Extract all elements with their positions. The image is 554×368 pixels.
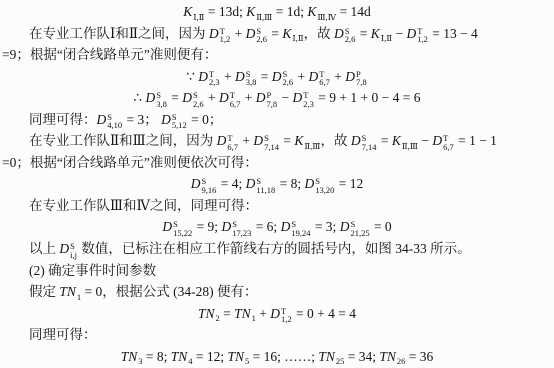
- text-run: = 0；: [188, 112, 223, 127]
- math-var: KⅢ,Ⅳ: [307, 4, 336, 19]
- text-line: =0；根据“闭合线路单元”准则便依次可得：: [2, 152, 552, 174]
- text-line: 同理可得：: [2, 324, 552, 346]
- math-var: DS9,16: [191, 176, 218, 191]
- math-var: DS2,6: [272, 69, 294, 84]
- text-run: +: [241, 90, 255, 105]
- math-var: DS13,20: [304, 176, 335, 191]
- math-var: KⅡ,Ⅲ: [392, 133, 418, 148]
- text-run: =: [257, 69, 271, 84]
- text-run: = 0，根据公式 (34-28) 便有：: [81, 284, 257, 299]
- formula-line: TN2 = TN1 + DT1,2 = 0 + 4 = 4: [2, 303, 552, 325]
- text-run: = 3;: [311, 219, 339, 234]
- text-run: = 36: [405, 349, 433, 364]
- text-run: = 6;: [252, 219, 280, 234]
- math-var: DS11,18: [246, 176, 277, 191]
- text-run: +: [205, 90, 219, 105]
- text-run: = 16; ……;: [249, 349, 318, 364]
- math-var: DT6,7: [217, 133, 239, 148]
- math-var: TN1: [59, 284, 81, 299]
- math-var: DS7,14: [253, 133, 280, 148]
- math-var: DS4,10: [97, 112, 124, 127]
- text-run: = 3；: [123, 112, 161, 127]
- text-run: = 1 − 1: [455, 133, 497, 148]
- formula-line: ∴ DS3,8 = DS2,6 + DT6,7 + DP7,8 − DT2,3 …: [2, 87, 552, 109]
- text-run: = 12;: [192, 349, 227, 364]
- text-run: 数值，已标注在相应工作箭线右方的圆括号内，如图 34-33 所示。: [78, 241, 471, 256]
- text-run: +: [239, 133, 253, 148]
- text-line: (2) 确定事件时间参数: [2, 260, 552, 282]
- text-line: 同理可得：DS4,10 = 3； DS5,12 = 0；: [2, 109, 552, 131]
- math-var: DS21,25: [340, 219, 371, 234]
- text-run: = 0 + 4 = 4: [293, 306, 356, 321]
- text-run: 以上: [29, 241, 59, 256]
- text-run: = 8;: [142, 349, 170, 364]
- math-var: DT2,3: [293, 90, 315, 105]
- math-var: TN3: [121, 349, 143, 364]
- text-run: +: [221, 69, 235, 84]
- math-var: DS5,12: [161, 112, 188, 127]
- math-var: DT6,7: [219, 90, 241, 105]
- text-run: 在专业工作队Ⅰ和Ⅱ之间，因为: [29, 26, 209, 41]
- text-run: +: [256, 306, 270, 321]
- formula-line: DS9,16 = 4; DS11,18 = 8; DS13,20 = 12: [2, 173, 552, 195]
- math-var: DSi,j: [59, 241, 78, 256]
- text-run: = 9 + 1 + 0 − 4 = 6: [315, 90, 421, 105]
- math-var: TN5: [227, 349, 249, 364]
- formula-line: KⅠ,Ⅱ = 13d; KⅡ,Ⅲ = 1d; KⅢ,Ⅳ = 14d: [2, 1, 552, 23]
- text-run: ∴: [134, 90, 146, 105]
- text-run: ∵: [186, 69, 198, 84]
- text-run: 同理可得：: [29, 112, 97, 127]
- math-var: KⅡ,Ⅲ: [294, 133, 320, 148]
- text-run: =: [168, 90, 182, 105]
- text-run: ，故: [320, 133, 350, 148]
- text-run: −: [278, 90, 292, 105]
- text-run: = 34;: [344, 349, 379, 364]
- text-run: = 13 − 4: [429, 26, 478, 41]
- formula-line: ∵ DT2,3 + DS3,8 = DS2,6 + DT6,7 + DP7,8: [2, 66, 552, 88]
- math-var: DT2,3: [198, 69, 220, 84]
- math-var: KⅠ,Ⅱ: [371, 26, 392, 41]
- text-run: = 9;: [193, 219, 221, 234]
- math-var: DS7,14: [351, 133, 378, 148]
- text-run: = 14d: [336, 4, 371, 19]
- math-var: DP7,8: [256, 90, 278, 105]
- math-var: DT1,2: [406, 26, 428, 41]
- math-var: TN1: [234, 306, 256, 321]
- text-run: +: [231, 26, 245, 41]
- math-var: DS17,23: [221, 219, 252, 234]
- math-var: KⅡ,Ⅲ: [246, 4, 272, 19]
- text-run: 同理可得：: [29, 327, 97, 342]
- math-var: DS2,6: [334, 26, 356, 41]
- text-run: −: [418, 133, 432, 148]
- math-var: TN26: [379, 349, 405, 364]
- text-run: −: [392, 26, 406, 41]
- text-run: 在专业工作队Ⅱ和Ⅲ之间，因为: [29, 133, 217, 148]
- text-run: = 4;: [217, 176, 245, 191]
- text-run: = 13d;: [204, 4, 246, 19]
- math-var: DS2,6: [182, 90, 204, 105]
- text-run: =9；根据“闭合线路单元”准则便有：: [2, 47, 217, 62]
- math-var: TN4: [171, 349, 193, 364]
- text-line: =9；根据“闭合线路单元”准则便有：: [2, 44, 552, 66]
- text-line: 在专业工作队Ⅱ和Ⅲ之间，因为 DT6,7 + DS7,14 = KⅡ,Ⅲ，故 D…: [2, 130, 552, 152]
- text-run: =: [220, 306, 234, 321]
- math-var: KⅠ,Ⅱ: [183, 4, 204, 19]
- math-var: KⅠ,Ⅱ: [282, 26, 303, 41]
- math-var: DT6,7: [432, 133, 454, 148]
- text-line: 以上 DSi,j 数值，已标注在相应工作箭线右方的圆括号内，如图 34-33 所…: [2, 238, 552, 260]
- text-line: 假定 TN1 = 0，根据公式 (34-28) 便有：: [2, 281, 552, 303]
- document-page: KⅠ,Ⅱ = 13d; KⅡ,Ⅲ = 1d; KⅢ,Ⅳ = 14d在专业工作队Ⅰ…: [0, 0, 554, 367]
- text-line: 在专业工作队Ⅲ和Ⅳ之间，同理可得：: [2, 195, 552, 217]
- text-run: =: [268, 26, 282, 41]
- text-run: =: [377, 133, 391, 148]
- text-run: 在专业工作队Ⅲ和Ⅳ之间，同理可得：: [29, 198, 258, 213]
- text-run: +: [294, 69, 308, 84]
- math-var: DS2,6: [246, 26, 268, 41]
- text-line: 在专业工作队Ⅰ和Ⅱ之间，因为 DT1,2 + DS2,6 = KⅠ,Ⅱ，故 DS…: [2, 23, 552, 45]
- text-run: =: [280, 133, 294, 148]
- formula-line: TN3 = 8; TN4 = 12; TN5 = 16; ……; TN25 = …: [2, 346, 552, 368]
- text-run: = 1d;: [272, 4, 307, 19]
- text-run: =0；根据“闭合线路单元”准则便依次可得：: [2, 155, 258, 170]
- text-run: =: [356, 26, 370, 41]
- math-var: DS3,8: [235, 69, 257, 84]
- math-var: DS15,22: [162, 219, 193, 234]
- text-run: = 0: [371, 219, 392, 234]
- text-run: +: [331, 69, 345, 84]
- math-var: DT1,2: [209, 26, 231, 41]
- math-var: DP7,8: [345, 69, 367, 84]
- math-var: DT1,2: [270, 306, 292, 321]
- text-run: ，故: [304, 26, 334, 41]
- math-var: TN2: [198, 306, 220, 321]
- math-var: DT6,7: [309, 69, 331, 84]
- math-var: DS19,24: [281, 219, 312, 234]
- text-run: (2) 确定事件时间参数: [29, 263, 156, 278]
- text-run: = 8;: [276, 176, 304, 191]
- math-var: TN25: [318, 349, 344, 364]
- formula-line: DS15,22 = 9; DS17,23 = 6; DS19,24 = 3; D…: [2, 216, 552, 238]
- math-var: DS3,8: [146, 90, 168, 105]
- text-run: 假定: [29, 284, 59, 299]
- text-run: = 12: [335, 176, 363, 191]
